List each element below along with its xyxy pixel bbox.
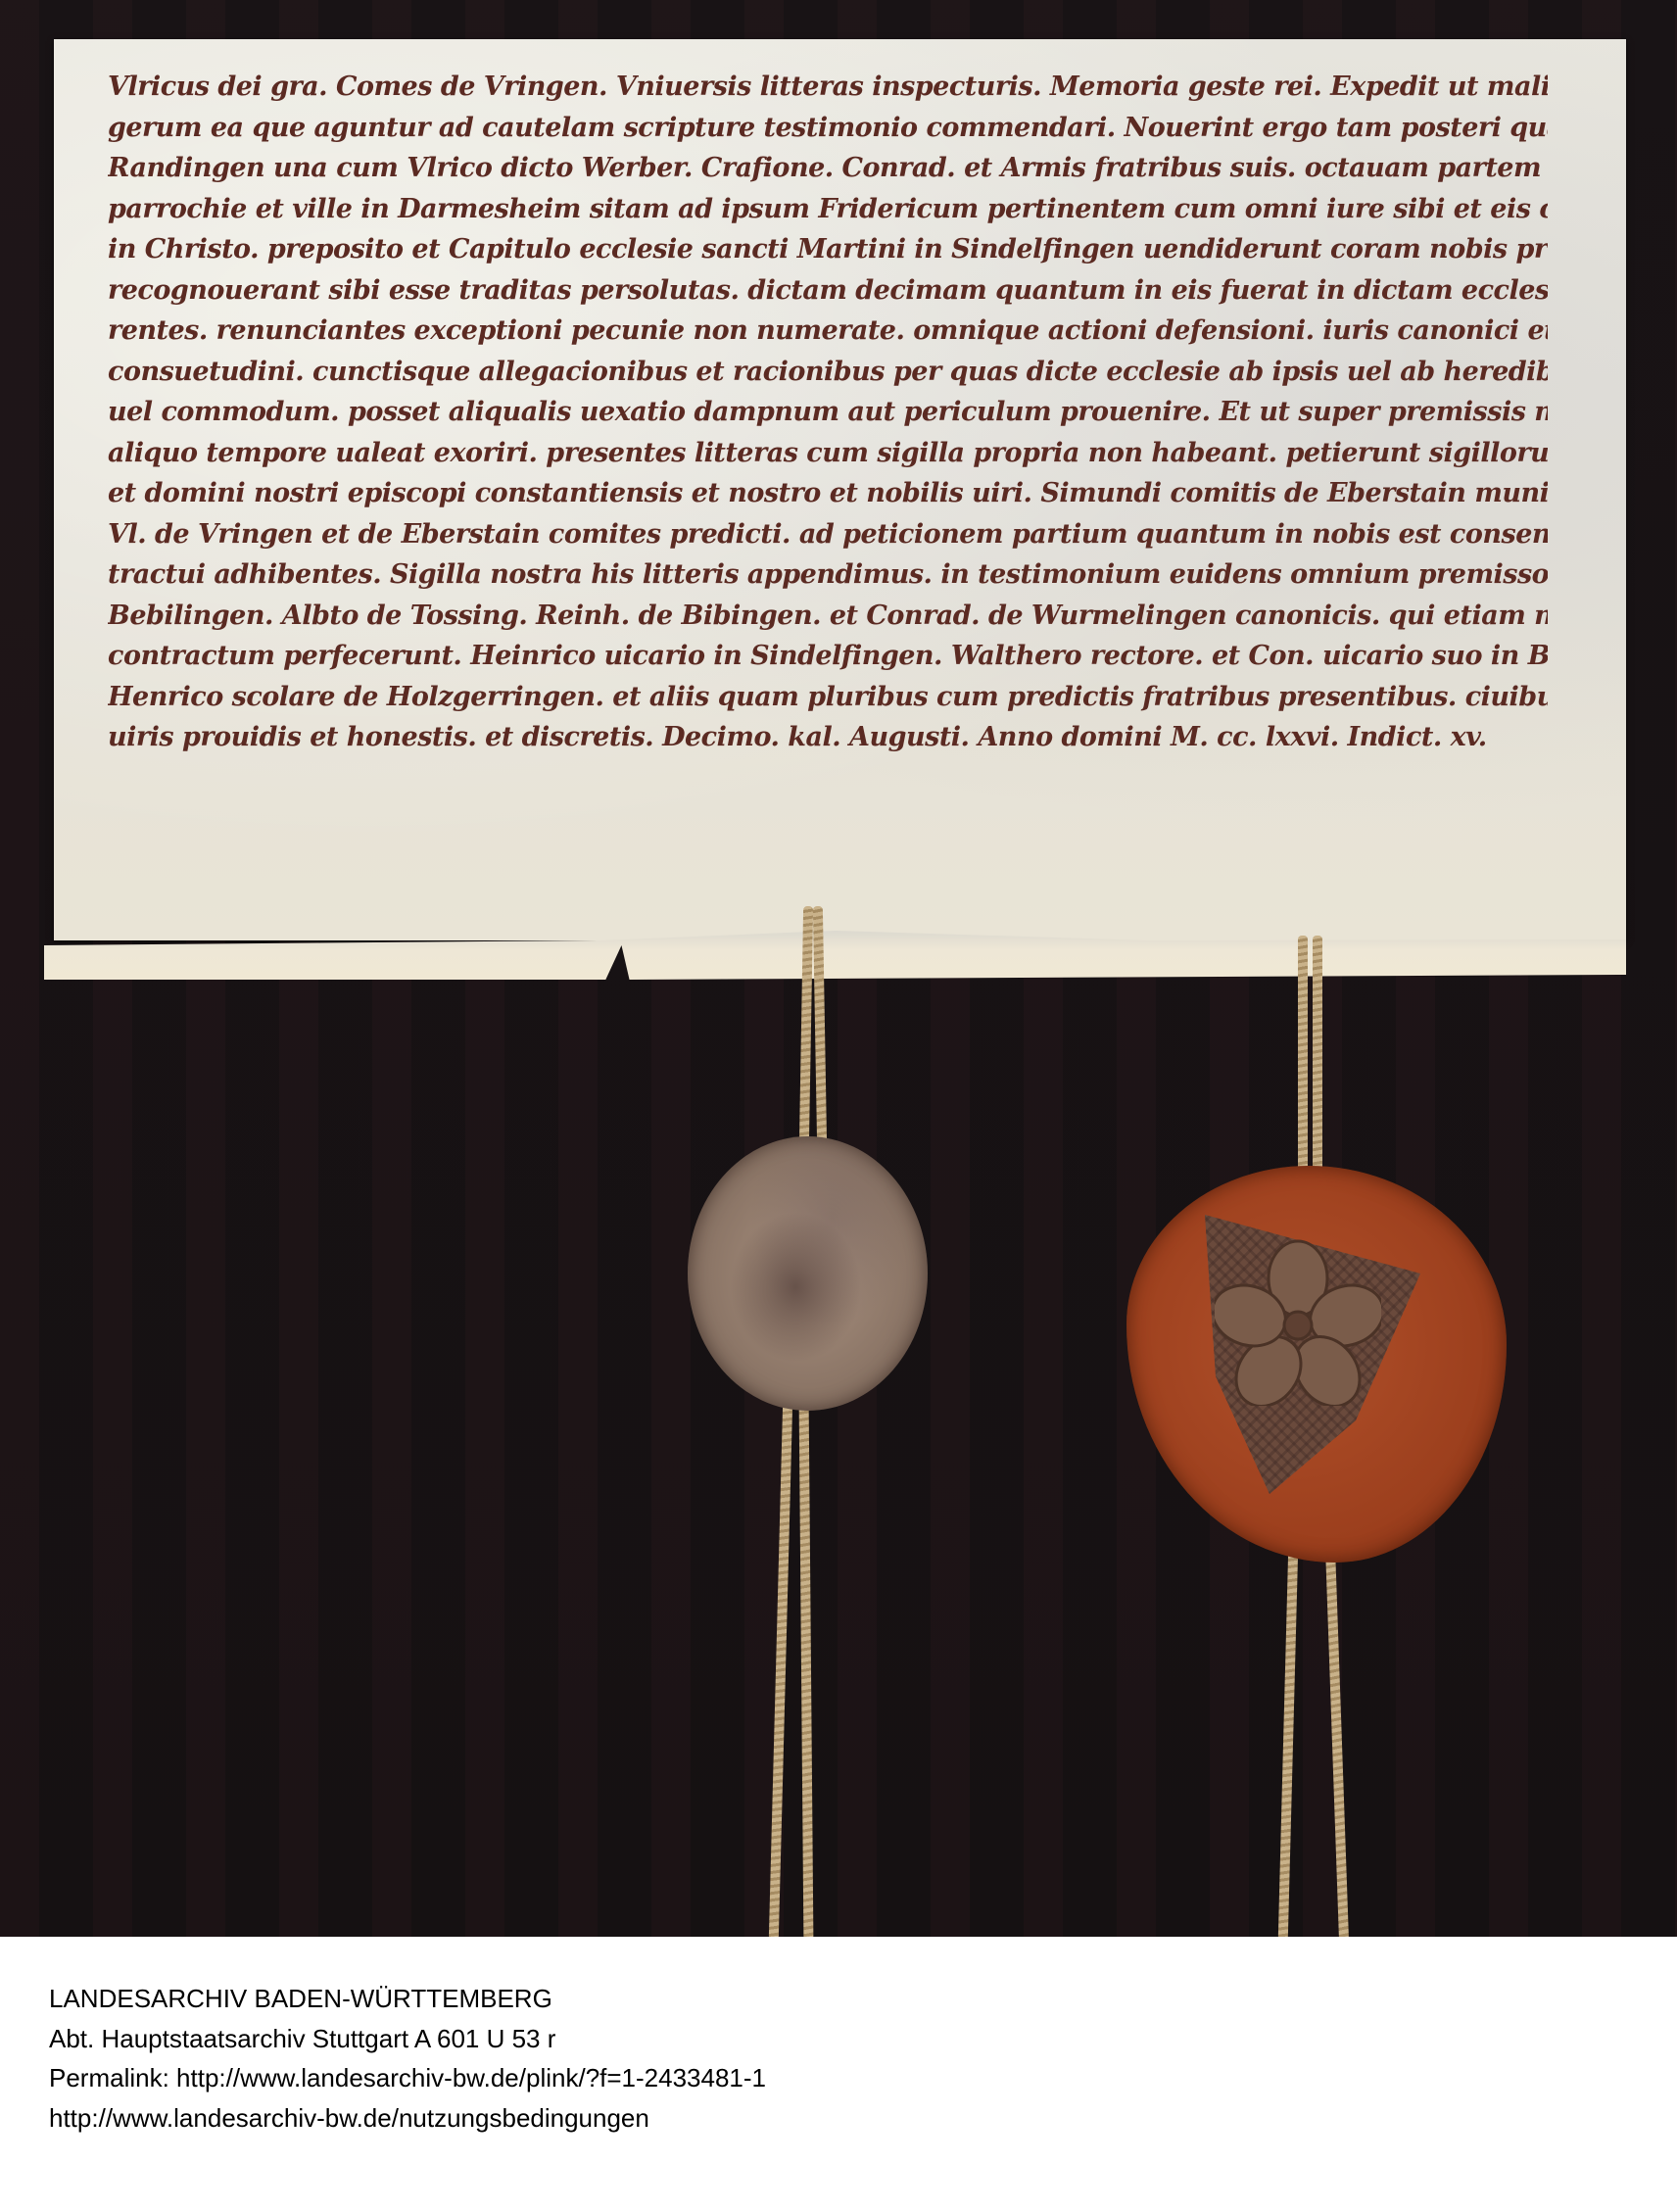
manuscript-line: tractui adhibentes. Sigilla nostra his l… — [108, 554, 1548, 596]
seal-cord — [1278, 1548, 1298, 1937]
manuscript-line: Vlricus dei gra. Comes de Vringen. Vniue… — [108, 67, 1548, 108]
seal-cord — [1313, 936, 1322, 1180]
manuscript-line: Henrico scolare de Holzgerringen. et ali… — [108, 677, 1548, 718]
manuscript-line: parrochie et ville in Darmesheim sitam a… — [108, 189, 1548, 230]
seal-cord — [1325, 1548, 1349, 1937]
terms-of-use-link[interactable]: http://www.landesarchiv-bw.de/nutzungsbe… — [49, 2098, 766, 2139]
manuscript-line: uel commodum. posset aliqualis uexatio d… — [108, 392, 1548, 433]
manuscript-line: aliquo tempore ualeat exoriri. presentes… — [108, 433, 1548, 474]
manuscript-line: rentes. renunciantes exceptioni pecunie … — [108, 311, 1548, 352]
manuscript-line: Vl. de Vringen et de Eberstain comites p… — [108, 514, 1548, 555]
manuscript-line: contractum perfecerunt. Heinrico uicario… — [108, 636, 1548, 677]
archive-signature: Abt. Hauptstaatsarchiv Stuttgart A 601 U… — [49, 2019, 766, 2059]
manuscript-line: uiris prouidis et honestis. et discretis… — [108, 717, 1548, 758]
manuscript-line: gerum ea que aguntur ad cautelam scriptu… — [108, 108, 1548, 149]
manuscript-line: Bebilingen. Albto de Tossing. Reinh. de … — [108, 596, 1548, 637]
charter-photograph: Vlricus dei gra. Comes de Vringen. Vniue… — [0, 0, 1677, 1937]
seal-cord — [1298, 936, 1308, 1180]
manuscript-line: Randingen una cum Vlrico dicto Werber. C… — [108, 148, 1548, 189]
manuscript-line: et domini nostri episcopi constantiensis… — [108, 473, 1548, 514]
archive-name: LANDESARCHIV BADEN-WÜRTTEMBERG — [49, 1979, 766, 2019]
archive-footer: LANDESARCHIV BADEN-WÜRTTEMBERG Abt. Haup… — [49, 1979, 766, 2138]
wax-seal-left — [688, 1136, 928, 1411]
permalink[interactable]: Permalink: http://www.landesarchiv-bw.de… — [49, 2058, 766, 2098]
rose-emblem-icon — [1215, 1239, 1381, 1406]
seal-cord — [799, 1401, 814, 1937]
manuscript-text: Vlricus dei gra. Comes de Vringen. Vniue… — [108, 67, 1548, 758]
manuscript-line: recognouerant sibi esse traditas persolu… — [108, 270, 1548, 312]
wax-seal-right — [1126, 1166, 1507, 1563]
seal-cord — [769, 1401, 792, 1937]
manuscript-line: consuetudini. cunctisque allegacionibus … — [108, 352, 1548, 393]
manuscript-line: in Christo. preposito et Capitulo eccles… — [108, 229, 1548, 270]
